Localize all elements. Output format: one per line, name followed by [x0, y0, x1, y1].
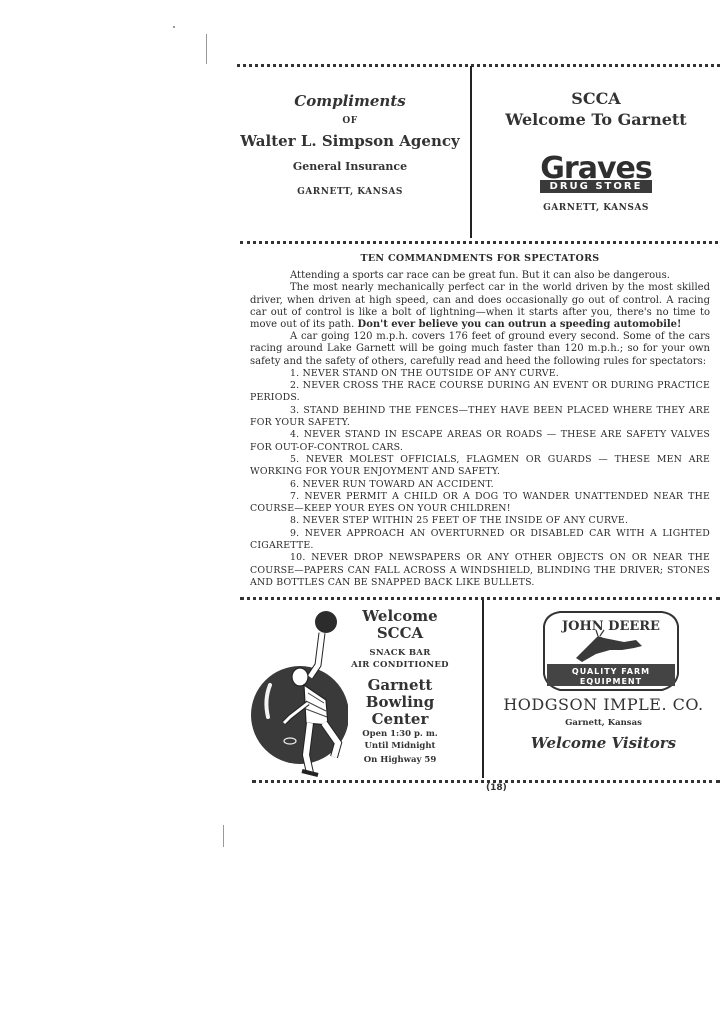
- bottom-ads-top-divider: [240, 597, 720, 600]
- bowling-scca: SCCA: [345, 625, 455, 642]
- bowling-hours-2: Until Midnight: [345, 740, 455, 752]
- bowling-hours-1: Open 1:30 p. m.: [345, 728, 455, 740]
- ad-of: OF: [232, 116, 468, 126]
- rule-item: 10. NEVER DROP NEWSPAPERS OR ANY OTHER O…: [250, 552, 710, 589]
- bowling-name-3: Center: [345, 711, 455, 728]
- ad-compliments: Compliments: [232, 92, 468, 110]
- rule-item: 4. NEVER STAND IN ESCAPE AREAS OR ROADS …: [250, 429, 710, 454]
- rule-item: 5. NEVER MOLEST OFFICIALS, FLAGMEN OR GU…: [250, 454, 710, 479]
- svg-text:QUALITY FARM: QUALITY FARM: [572, 667, 650, 676]
- hodgson-location: Garnett, Kansas: [487, 718, 720, 728]
- svg-text:JOHN DEERE: JOHN DEERE: [561, 619, 660, 634]
- rules-list: 1. NEVER STAND ON THE OUTSIDE OF ANY CUR…: [250, 368, 710, 589]
- graves-logo-band: DRUG STORE: [540, 180, 651, 193]
- ad-service: General Insurance: [232, 160, 468, 173]
- top-divider: [237, 64, 720, 67]
- rule-item: 2. NEVER CROSS THE RACE COURSE DURING AN…: [250, 380, 710, 405]
- bottom-ads-divider: [482, 600, 484, 778]
- rule-item: 9. NEVER APPROACH AN OVERTURNED OR DISAB…: [250, 528, 710, 553]
- bowling-name-2: Bowling: [345, 694, 455, 711]
- ad-hodgson-imple: HODGSON IMPLE. CO. Garnett, Kansas Welco…: [487, 695, 720, 752]
- scan-speck: [223, 825, 224, 847]
- article-title: TEN COMMANDMENTS FOR SPECTATORS: [250, 253, 710, 265]
- article-para-2: The most nearly mechanically perfect car…: [250, 282, 710, 331]
- rule-item: 3. STAND BEHIND THE FENCES—THEY HAVE BEE…: [250, 405, 710, 430]
- page-number: (18): [486, 783, 507, 793]
- ad-agency-name: Walter L. Simpson Agency: [232, 132, 468, 150]
- ad-garnett-bowling: Welcome SCCA SNACK BAR AIR CONDITIONED G…: [345, 608, 455, 766]
- bowling-welcome: Welcome: [345, 608, 455, 625]
- graves-logo-word: Graves: [540, 154, 651, 184]
- svg-text:EQUIPMENT: EQUIPMENT: [580, 677, 642, 686]
- article-para-1: Attending a sports car race can be great…: [250, 270, 710, 282]
- scan-speck: [206, 34, 207, 64]
- rule-item: 6. NEVER RUN TOWARD AN ACCIDENT.: [250, 479, 710, 491]
- rule-item: 1. NEVER STAND ON THE OUTSIDE OF ANY CUR…: [250, 368, 710, 380]
- article-para-2-warning: Don't ever believe you can outrun a spee…: [358, 319, 682, 330]
- bowling-name-1: Garnett: [345, 677, 455, 694]
- ad-simpson-agency: Compliments OF Walter L. Simpson Agency …: [232, 92, 468, 197]
- hodgson-company: HODGSON IMPLE. CO.: [487, 695, 720, 714]
- article-para-3: A car going 120 m.p.h. covers 176 feet o…: [250, 331, 710, 368]
- hodgson-welcome: Welcome Visitors: [487, 734, 720, 752]
- bowling-hours-3: On Highway 59: [345, 754, 455, 766]
- top-ads-bottom-divider: [240, 241, 718, 244]
- scanned-program-page: Compliments OF Walter L. Simpson Agency …: [0, 0, 724, 1024]
- bowler-illustration: [248, 605, 348, 780]
- rule-item: 8. NEVER STEP WITHIN 25 FEET OF THE INSI…: [250, 515, 710, 527]
- bowling-air-conditioned: AIR CONDITIONED: [345, 659, 455, 671]
- ad-location: GARNETT, KANSAS: [232, 187, 468, 197]
- ad-scca-heading: SCCA: [474, 88, 718, 109]
- rule-item: 7. NEVER PERMIT A CHILD OR A DOG TO WAND…: [250, 491, 710, 516]
- article-ten-commandments: TEN COMMANDMENTS FOR SPECTATORS Attendin…: [250, 253, 710, 589]
- top-ads-divider: [470, 66, 472, 238]
- ad-graves-drug: SCCA Welcome To Garnett Graves DRUG STOR…: [474, 88, 718, 213]
- ad-location: GARNETT, KANSAS: [474, 203, 718, 213]
- john-deere-logo: JOHN DEERE QUALITY FARM EQUIPMENT: [538, 608, 684, 694]
- bowling-snack-bar: SNACK BAR: [345, 647, 455, 659]
- ad-welcome-garnett: Welcome To Garnett: [474, 109, 718, 130]
- graves-logo: Graves DRUG STORE: [540, 154, 651, 193]
- scan-speck: [173, 26, 175, 28]
